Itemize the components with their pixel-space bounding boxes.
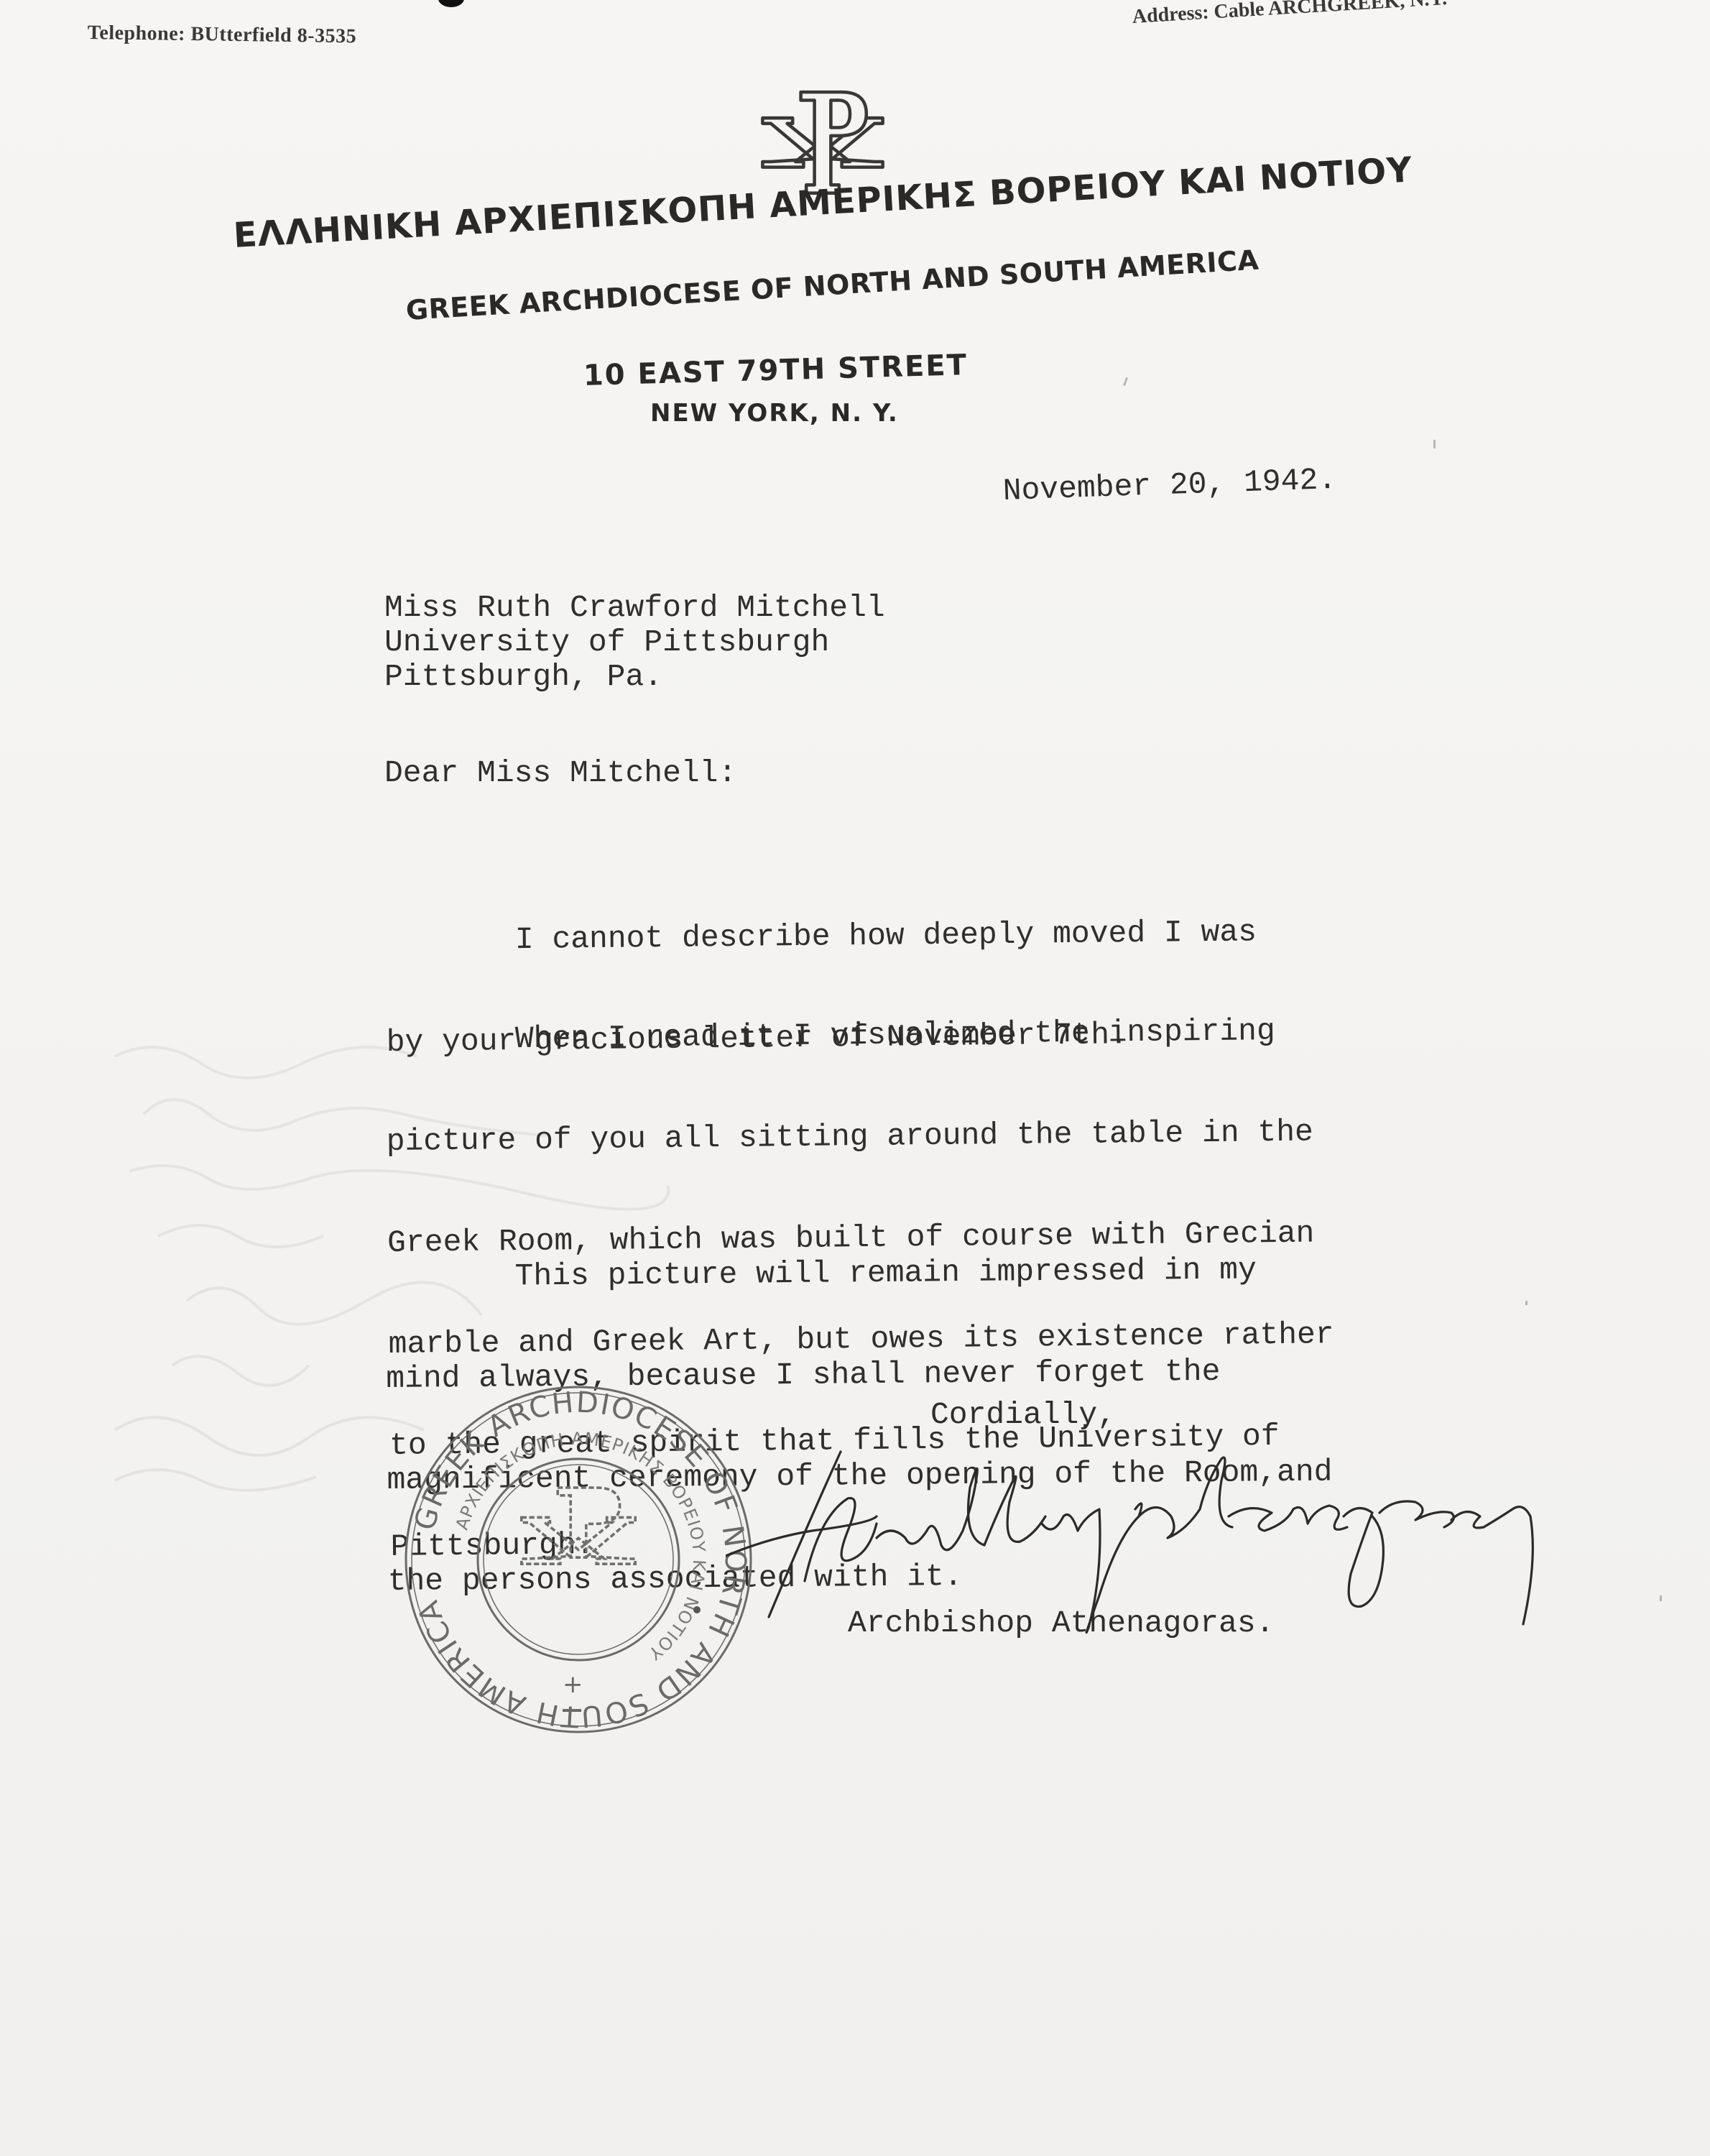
recipient-city: Pittsburgh, Pa. xyxy=(384,660,885,694)
letter-date: November 20, 1942. xyxy=(1002,463,1337,509)
signatory-name: Archbishop Athenagoras. xyxy=(848,1606,1275,1641)
chi-rho-icon xyxy=(522,1488,635,1564)
recipient-name: Miss Ruth Crawford Mitchell xyxy=(384,591,885,625)
paragraph-line: picture of you all sitting around the ta… xyxy=(386,1115,1331,1158)
letterhead-telephone: Telephone: BUtterfield 8-3535 xyxy=(88,22,357,48)
archdiocese-seal: GREEK ARCHDIOCESE OF NORTH AND SOUTH AME… xyxy=(399,1380,758,1739)
salutation: Dear Miss Mitchell: xyxy=(384,756,736,791)
letter-page: Telephone: BUtterfield 8-3535 Address: C… xyxy=(0,0,1710,2156)
recipient-institution: University of Pittsburgh xyxy=(384,625,885,660)
letterhead-city: NEW YORK, N. Y. xyxy=(650,399,899,428)
seal-cross: + xyxy=(563,1670,583,1699)
paragraph-line: When I read it I visualized the inspirin… xyxy=(385,1013,1331,1057)
paper-speck xyxy=(1433,440,1436,448)
paragraph-line: This picture will remain impressed in my xyxy=(385,1253,1331,1294)
paper-speck xyxy=(1123,377,1128,386)
paper-speck xyxy=(1525,1301,1528,1305)
letterhead-english-name: GREEK ARCHDIOCESE OF NORTH AND SOUTH AME… xyxy=(405,244,1260,326)
inside-address: Miss Ruth Crawford MitchellUniversity of… xyxy=(384,591,885,694)
paper-speck xyxy=(1660,1595,1662,1601)
ink-blot xyxy=(438,0,464,7)
closing: Cordially, xyxy=(930,1398,1116,1432)
letterhead-cable-address: Address: Cable ARCHGREEK, N.Y. xyxy=(1132,0,1448,29)
letterhead-street: 10 EAST 79TH STREET xyxy=(583,349,968,392)
